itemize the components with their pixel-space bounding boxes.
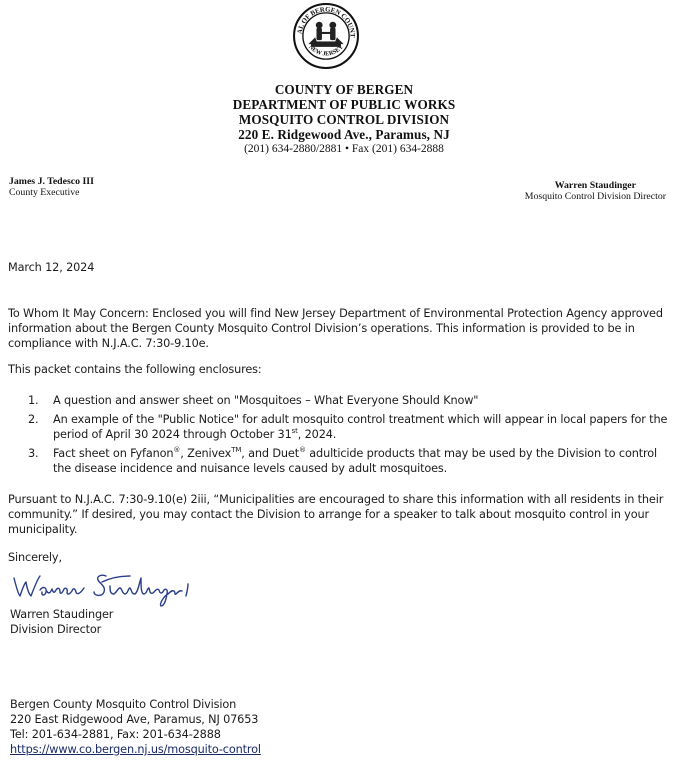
division-director-block: Warren Staudinger Mosquito Control Divis…	[525, 180, 666, 202]
letter-date: March 12, 2024	[8, 260, 94, 275]
enclosure-text: A question and answer sheet on "Mosquito…	[53, 394, 478, 407]
enclosure-number: 3.	[28, 446, 38, 461]
signer-block: Warren Staudinger Division Director	[10, 607, 113, 637]
letterhead-address: 220 E. Ridgewood Ave., Paramus, NJ	[150, 127, 538, 142]
letterhead-department: DEPARTMENT OF PUBLIC WORKS	[150, 97, 538, 112]
enclosure-number: 2.	[28, 412, 38, 427]
enclosure-item: 1. A question and answer sheet on "Mosqu…	[28, 393, 668, 408]
footer-phone-fax: Tel: 201-634-2881, Fax: 201-634-2888	[10, 727, 261, 742]
letterhead-county: COUNTY OF BERGEN	[150, 82, 538, 97]
enclosure-text-end: , 2024.	[298, 428, 336, 441]
intro-paragraph: To Whom It May Concern: Enclosed you wil…	[8, 306, 668, 351]
enclosure-item: 2. An example of the "Public Notice" for…	[28, 412, 668, 442]
registered-mark: ®	[299, 446, 306, 454]
enclosure-text: , and Duet	[241, 447, 299, 460]
county-executive-title: County Executive	[9, 187, 94, 198]
pursuant-paragraph: Pursuant to N.J.A.C. 7:30-9.10(e) 2iii, …	[8, 492, 668, 537]
division-director-name: Warren Staudinger	[525, 180, 666, 191]
county-seal-icon: SEAL OF BERGEN COUNTY NEW JERSEY	[292, 2, 360, 70]
footer-website-link[interactable]: https://www.co.bergen.nj.us/mosquito-con…	[10, 743, 261, 756]
footer-address: 220 East Ridgewood Ave, Paramus, NJ 0765…	[10, 712, 261, 727]
enclosure-number: 1.	[28, 393, 38, 408]
county-executive-block: James J. Tedesco III County Executive	[9, 176, 94, 198]
handwritten-signature: Warren Staudinger	[10, 566, 200, 612]
footer-org: Bergen County Mosquito Control Division	[10, 697, 261, 712]
closing: Sincerely,	[8, 550, 62, 565]
signer-title: Division Director	[10, 622, 113, 637]
letterhead-division: MOSQUITO CONTROL DIVISION	[150, 112, 538, 127]
division-director-title: Mosquito Control Division Director	[525, 191, 666, 202]
letterhead: COUNTY OF BERGEN DEPARTMENT OF PUBLIC WO…	[150, 82, 538, 157]
letterhead-phone: (201) 634-2880/2881 • Fax (201) 634-2888	[150, 142, 538, 157]
enclosures-list: 1. A question and answer sheet on "Mosqu…	[28, 393, 668, 480]
enclosure-text: , Zenivex	[180, 447, 231, 460]
enclosure-text: Fact sheet on Fyfanon	[53, 447, 173, 460]
trademark-mark: TM	[231, 446, 241, 454]
signer-name: Warren Staudinger	[10, 607, 113, 622]
footer-contact: Bergen County Mosquito Control Division …	[10, 697, 261, 757]
county-executive-name: James J. Tedesco III	[9, 176, 94, 187]
enclosure-text: An example of the "Public Notice" for ad…	[53, 413, 667, 441]
packet-intro: This packet contains the following enclo…	[8, 362, 262, 377]
enclosure-item: 3. Fact sheet on Fyfanon®, ZenivexTM, an…	[28, 446, 668, 476]
